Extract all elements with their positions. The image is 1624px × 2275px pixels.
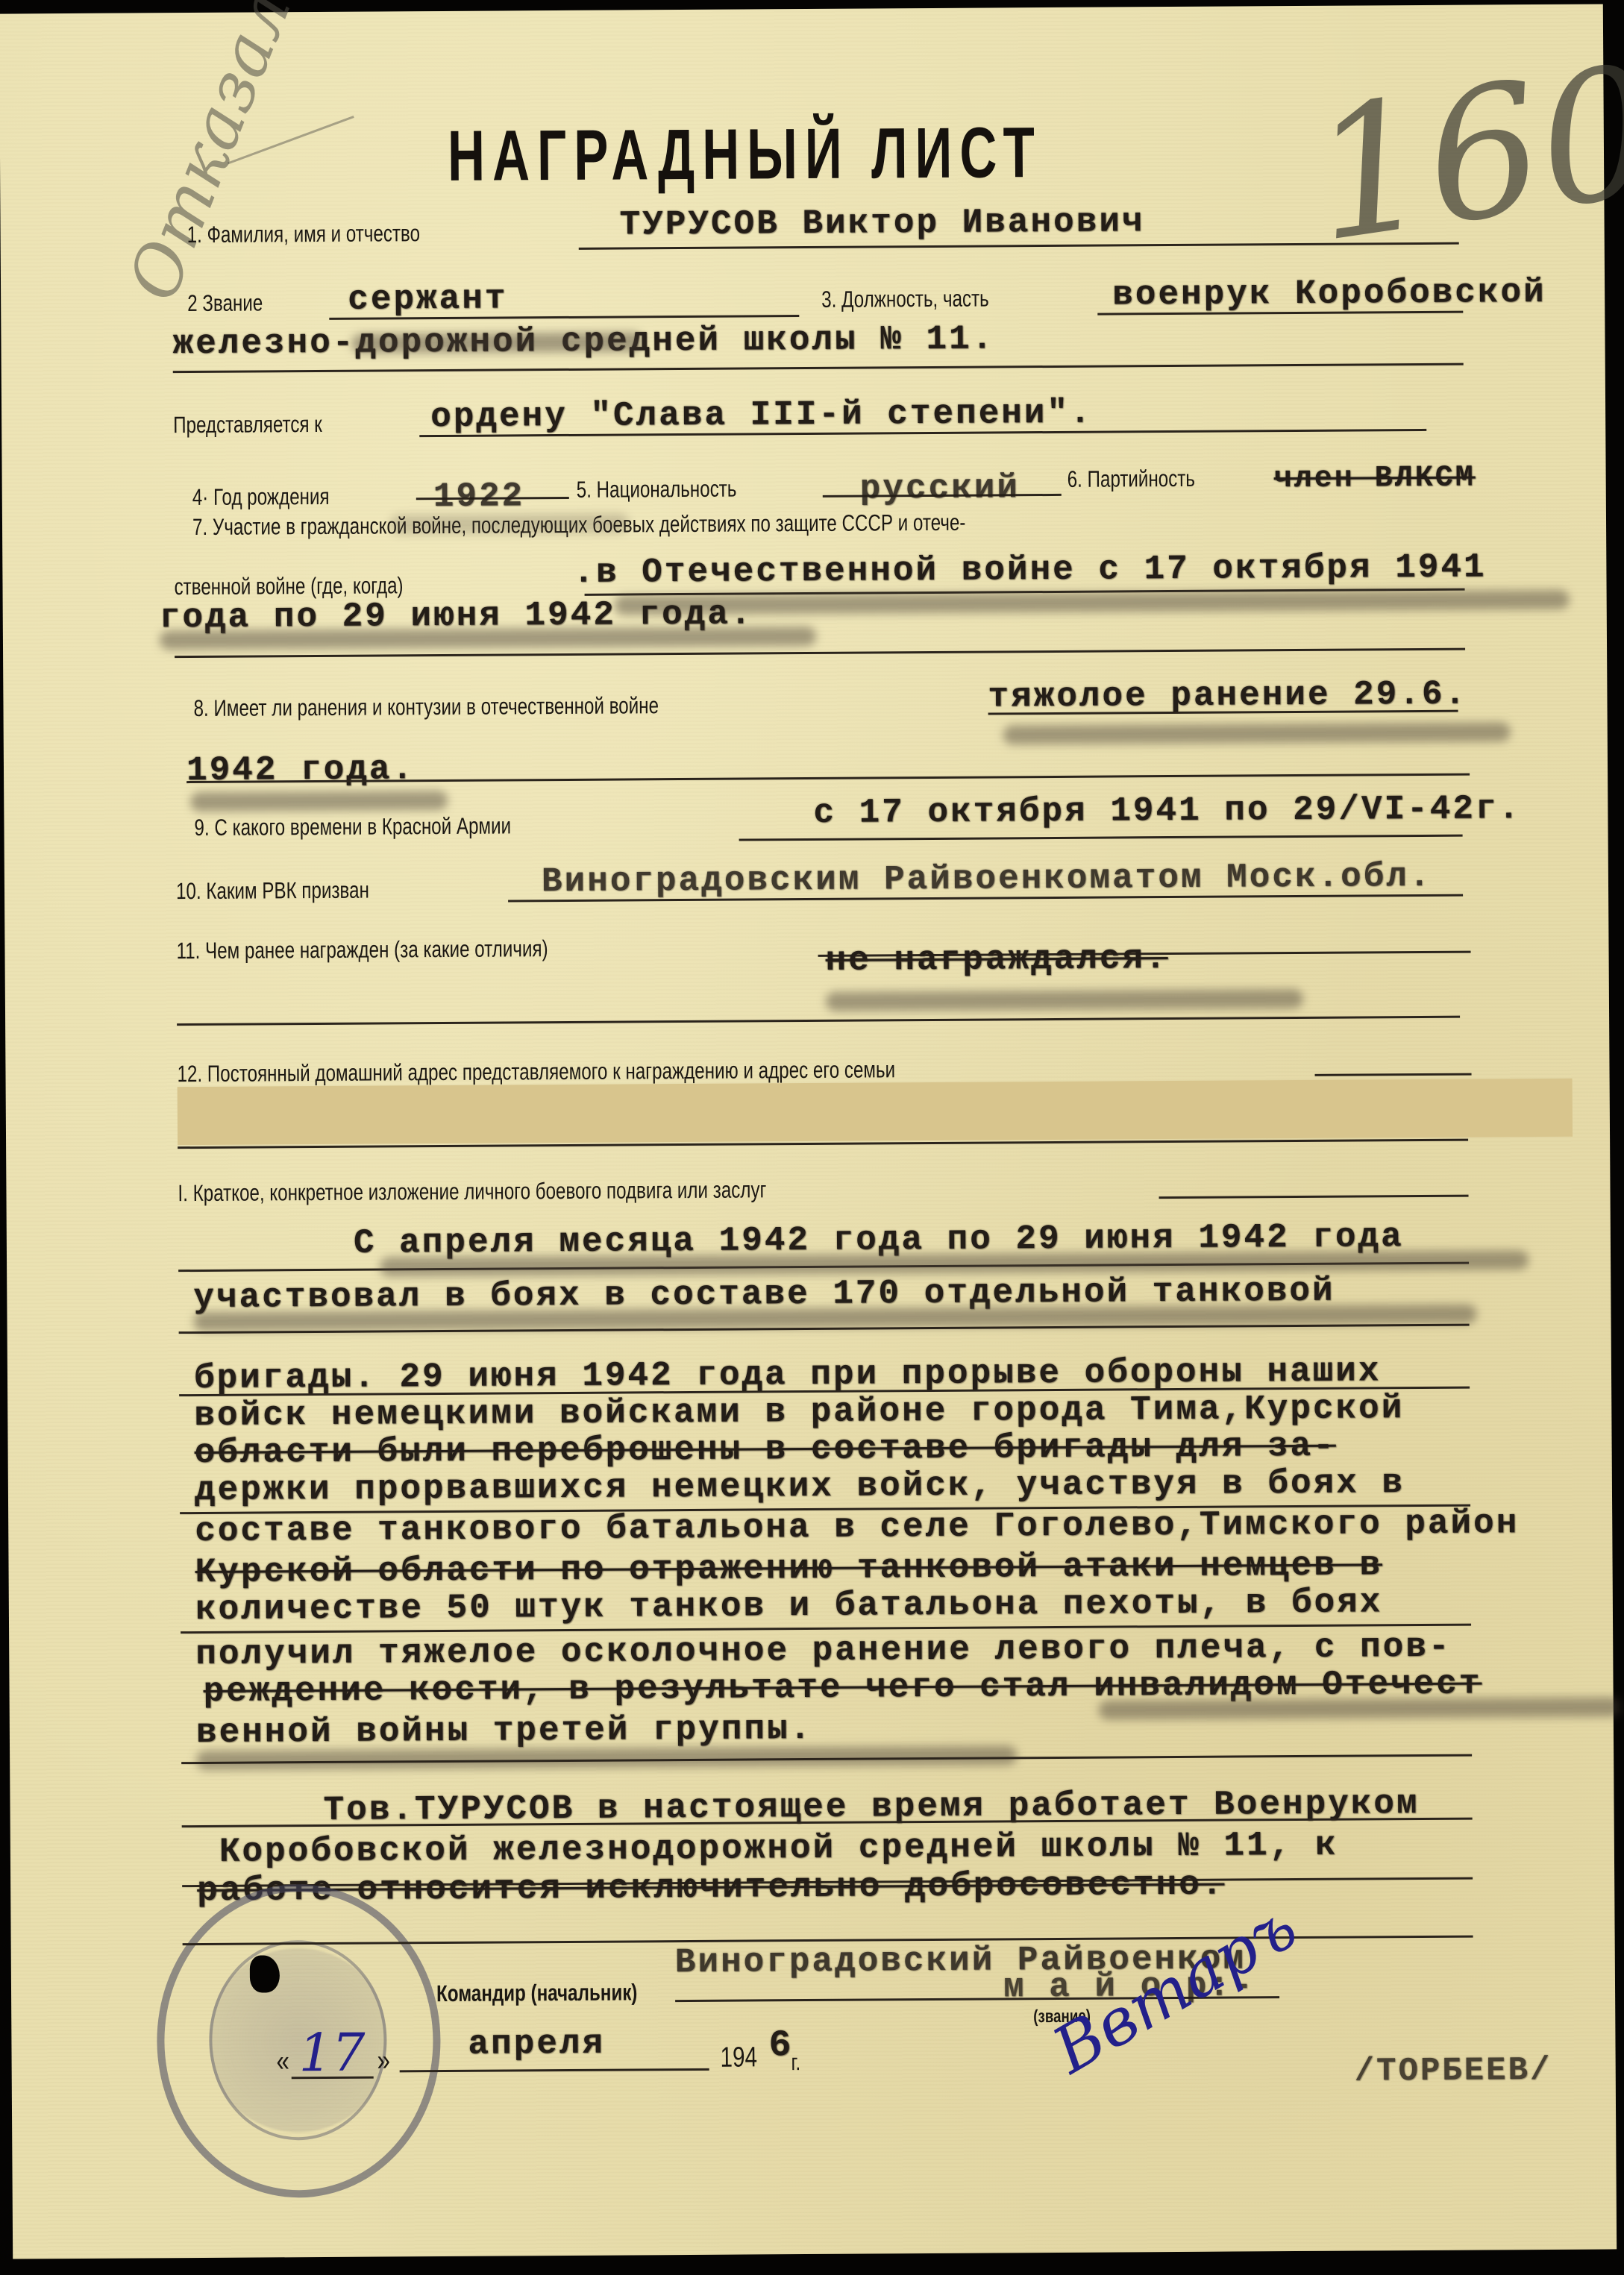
date-year-prefix: 194	[720, 2042, 757, 2074]
field-7-label-line-2: ственной войне (где, когда)	[174, 572, 403, 600]
date-quote-open: «	[276, 2045, 289, 2078]
field-5-value: русский	[860, 468, 1021, 508]
feat-paragraph-2-line: Коробовской железнодорожной средней школ…	[219, 1826, 1338, 1871]
page-title: НАГРАДНЫЙ ЛИСТ	[448, 112, 1043, 198]
field-8-value-line-2: 1942 года.	[186, 750, 415, 790]
field-11-value: не награждался.	[825, 939, 1167, 980]
field-11-label: 11. Чем ранее награжден (за какие отличи…	[176, 935, 548, 964]
commander-label: Командир (начальник)	[436, 1979, 638, 2007]
feat-line: держки прорвавшихся немецких войск, учас…	[195, 1463, 1405, 1510]
date-year-g: г.	[791, 2049, 801, 2076]
nominated-award-value: ордену "Слава III-й степени".	[430, 394, 1093, 436]
field-8-label: 8. Имеет ли ранения и контузии в отечест…	[193, 692, 659, 722]
field-1-value: ТУРУСОВ Виктор Иванович	[619, 202, 1144, 244]
field-3-value-line-1: военрук Коробовской	[1112, 273, 1546, 315]
field-6-value: член ВЛКСМ	[1274, 462, 1476, 497]
date-year-suffix: 6	[768, 2024, 793, 2067]
field-6-label: 6. Партийность	[1067, 465, 1195, 493]
feat-section-label: I. Краткое, конкретное изложение личного…	[178, 1176, 766, 1207]
feat-line: составе танкового батальона в селе Гогол…	[195, 1504, 1519, 1551]
field-9-value: с 17 октября 1941 по 29/VI-42г.	[813, 789, 1521, 832]
feat-line: количестве 50 штук танков и батальона пе…	[195, 1583, 1383, 1629]
field-5-label: 5. Национальность	[577, 476, 737, 503]
field-2-value: сержант	[348, 279, 508, 318]
date-quote-close: »	[377, 2044, 390, 2077]
field-10-label: 10. Каким РВК призван	[176, 877, 369, 906]
signer-name: /ТОРБЕЕВ/	[1355, 2052, 1552, 2091]
field-8-value-line-1: тяжолое ранение 29.6.	[988, 675, 1467, 717]
field-10-value: Виноградовским Райвоенкоматом Моск.обл.	[542, 857, 1432, 901]
award-sheet-page: Отказали 160 НАГРАДНЫЙ ЛИСТ 1. Фамилия, …	[0, 4, 1617, 2259]
date-month: апреля	[468, 2024, 605, 2064]
field-3-label: 3. Должность, часть	[821, 285, 989, 313]
nominated-label: Представляется к	[173, 411, 322, 439]
field-1-label: 1. Фамилия, имя и отчество	[187, 220, 421, 248]
field-4-label: 4· Год рождения	[192, 483, 330, 511]
field-9-label: 9. С какого времени в Красной Армии	[194, 812, 511, 841]
pencil-note-refused: Отказали	[113, 0, 323, 311]
field-7-value-line-1: .в Отечественной войне с 17 октября 1941	[573, 547, 1486, 591]
field-2-label: 2 Звание	[187, 289, 263, 317]
feat-line: венной войны третей группы.	[196, 1710, 813, 1752]
date-day: 17	[298, 2022, 366, 2084]
address-redaction	[178, 1079, 1573, 1145]
field-4-value: 1922	[433, 477, 525, 516]
